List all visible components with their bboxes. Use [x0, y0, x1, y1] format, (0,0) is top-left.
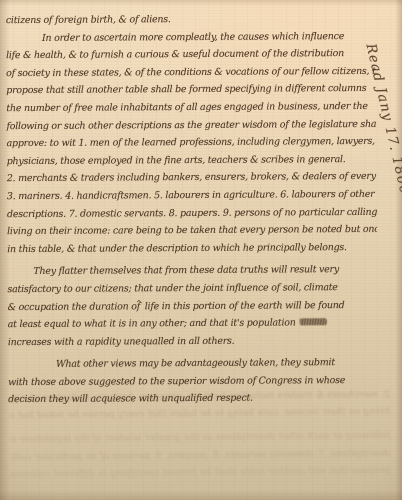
bleed-through-line: descriptions. 7. domestic servants. 8. p…: [10, 448, 390, 463]
manuscript-line: living on their income: care being to be…: [7, 221, 377, 241]
manuscript-line: propose that still another table shall b…: [6, 80, 376, 100]
manuscript-line: In order to ascertain more compleatly, t…: [6, 27, 376, 47]
manuscript-line: What other views may be advantageously t…: [8, 354, 378, 374]
paper-edge-shadow-bottom: [0, 490, 402, 500]
manuscript-line: satisfactory to our citizens; that under…: [7, 279, 377, 299]
manuscript-line-with-strikeout: at least equal to what it is in any othe…: [8, 314, 378, 334]
manuscript-line: with those above suggested to the superi…: [8, 372, 378, 392]
manuscript-line: physicians, those employed in the fine a…: [7, 151, 377, 171]
paper-edge-shadow-right: [395, 0, 402, 500]
manuscript-line: 2. merchants & traders including bankers…: [7, 168, 377, 188]
line-text-before-insertion: & occupation the duration of: [8, 301, 140, 313]
manuscript-line: the number of free male inhabitants of a…: [6, 98, 376, 118]
interline-insertion: human^: [140, 299, 142, 309]
manuscript-line: increases with a rapidity unequalled in …: [8, 332, 378, 352]
manuscript-line: 3. mariners. 4. handicraftsmen. 5. labou…: [7, 186, 377, 206]
bleed-through-line: following or such other descriptions as …: [10, 430, 390, 445]
manuscript-line: citizens of foreign birth, & of aliens.: [6, 10, 376, 30]
paper-edge-shadow-top: [0, 0, 402, 6]
bleed-through-line: propose that still another table shall b…: [10, 465, 390, 480]
manuscript-line-with-insertion: & occupation the duration ofhuman^ life …: [8, 296, 378, 316]
manuscript-line: following or such other descriptions as …: [6, 115, 376, 135]
line-text-after-insertion: life in this portion of the earth will b…: [142, 300, 345, 312]
manuscript-line: life & health, & to furnish a curious & …: [6, 45, 376, 65]
struck-out-word: [300, 318, 327, 325]
line-text: at least equal to what it is in any othe…: [8, 317, 296, 330]
caret-mark: ^: [136, 296, 142, 313]
manuscript-body: citizens of foreign birth, & of aliens. …: [6, 10, 378, 409]
manuscript-line: in this table, & that under the descript…: [7, 239, 377, 259]
manuscript-photo: citizens of foreign birth, & of aliens. …: [0, 0, 402, 500]
manuscript-line: approve: to wit 1. men of the learned pr…: [7, 133, 377, 153]
manuscript-line: They flatter themselves that from these …: [7, 261, 377, 281]
manuscript-line: descriptions. 7. domestic servants. 8. p…: [7, 203, 377, 223]
manuscript-line: of society in these states, & of the con…: [6, 63, 376, 83]
